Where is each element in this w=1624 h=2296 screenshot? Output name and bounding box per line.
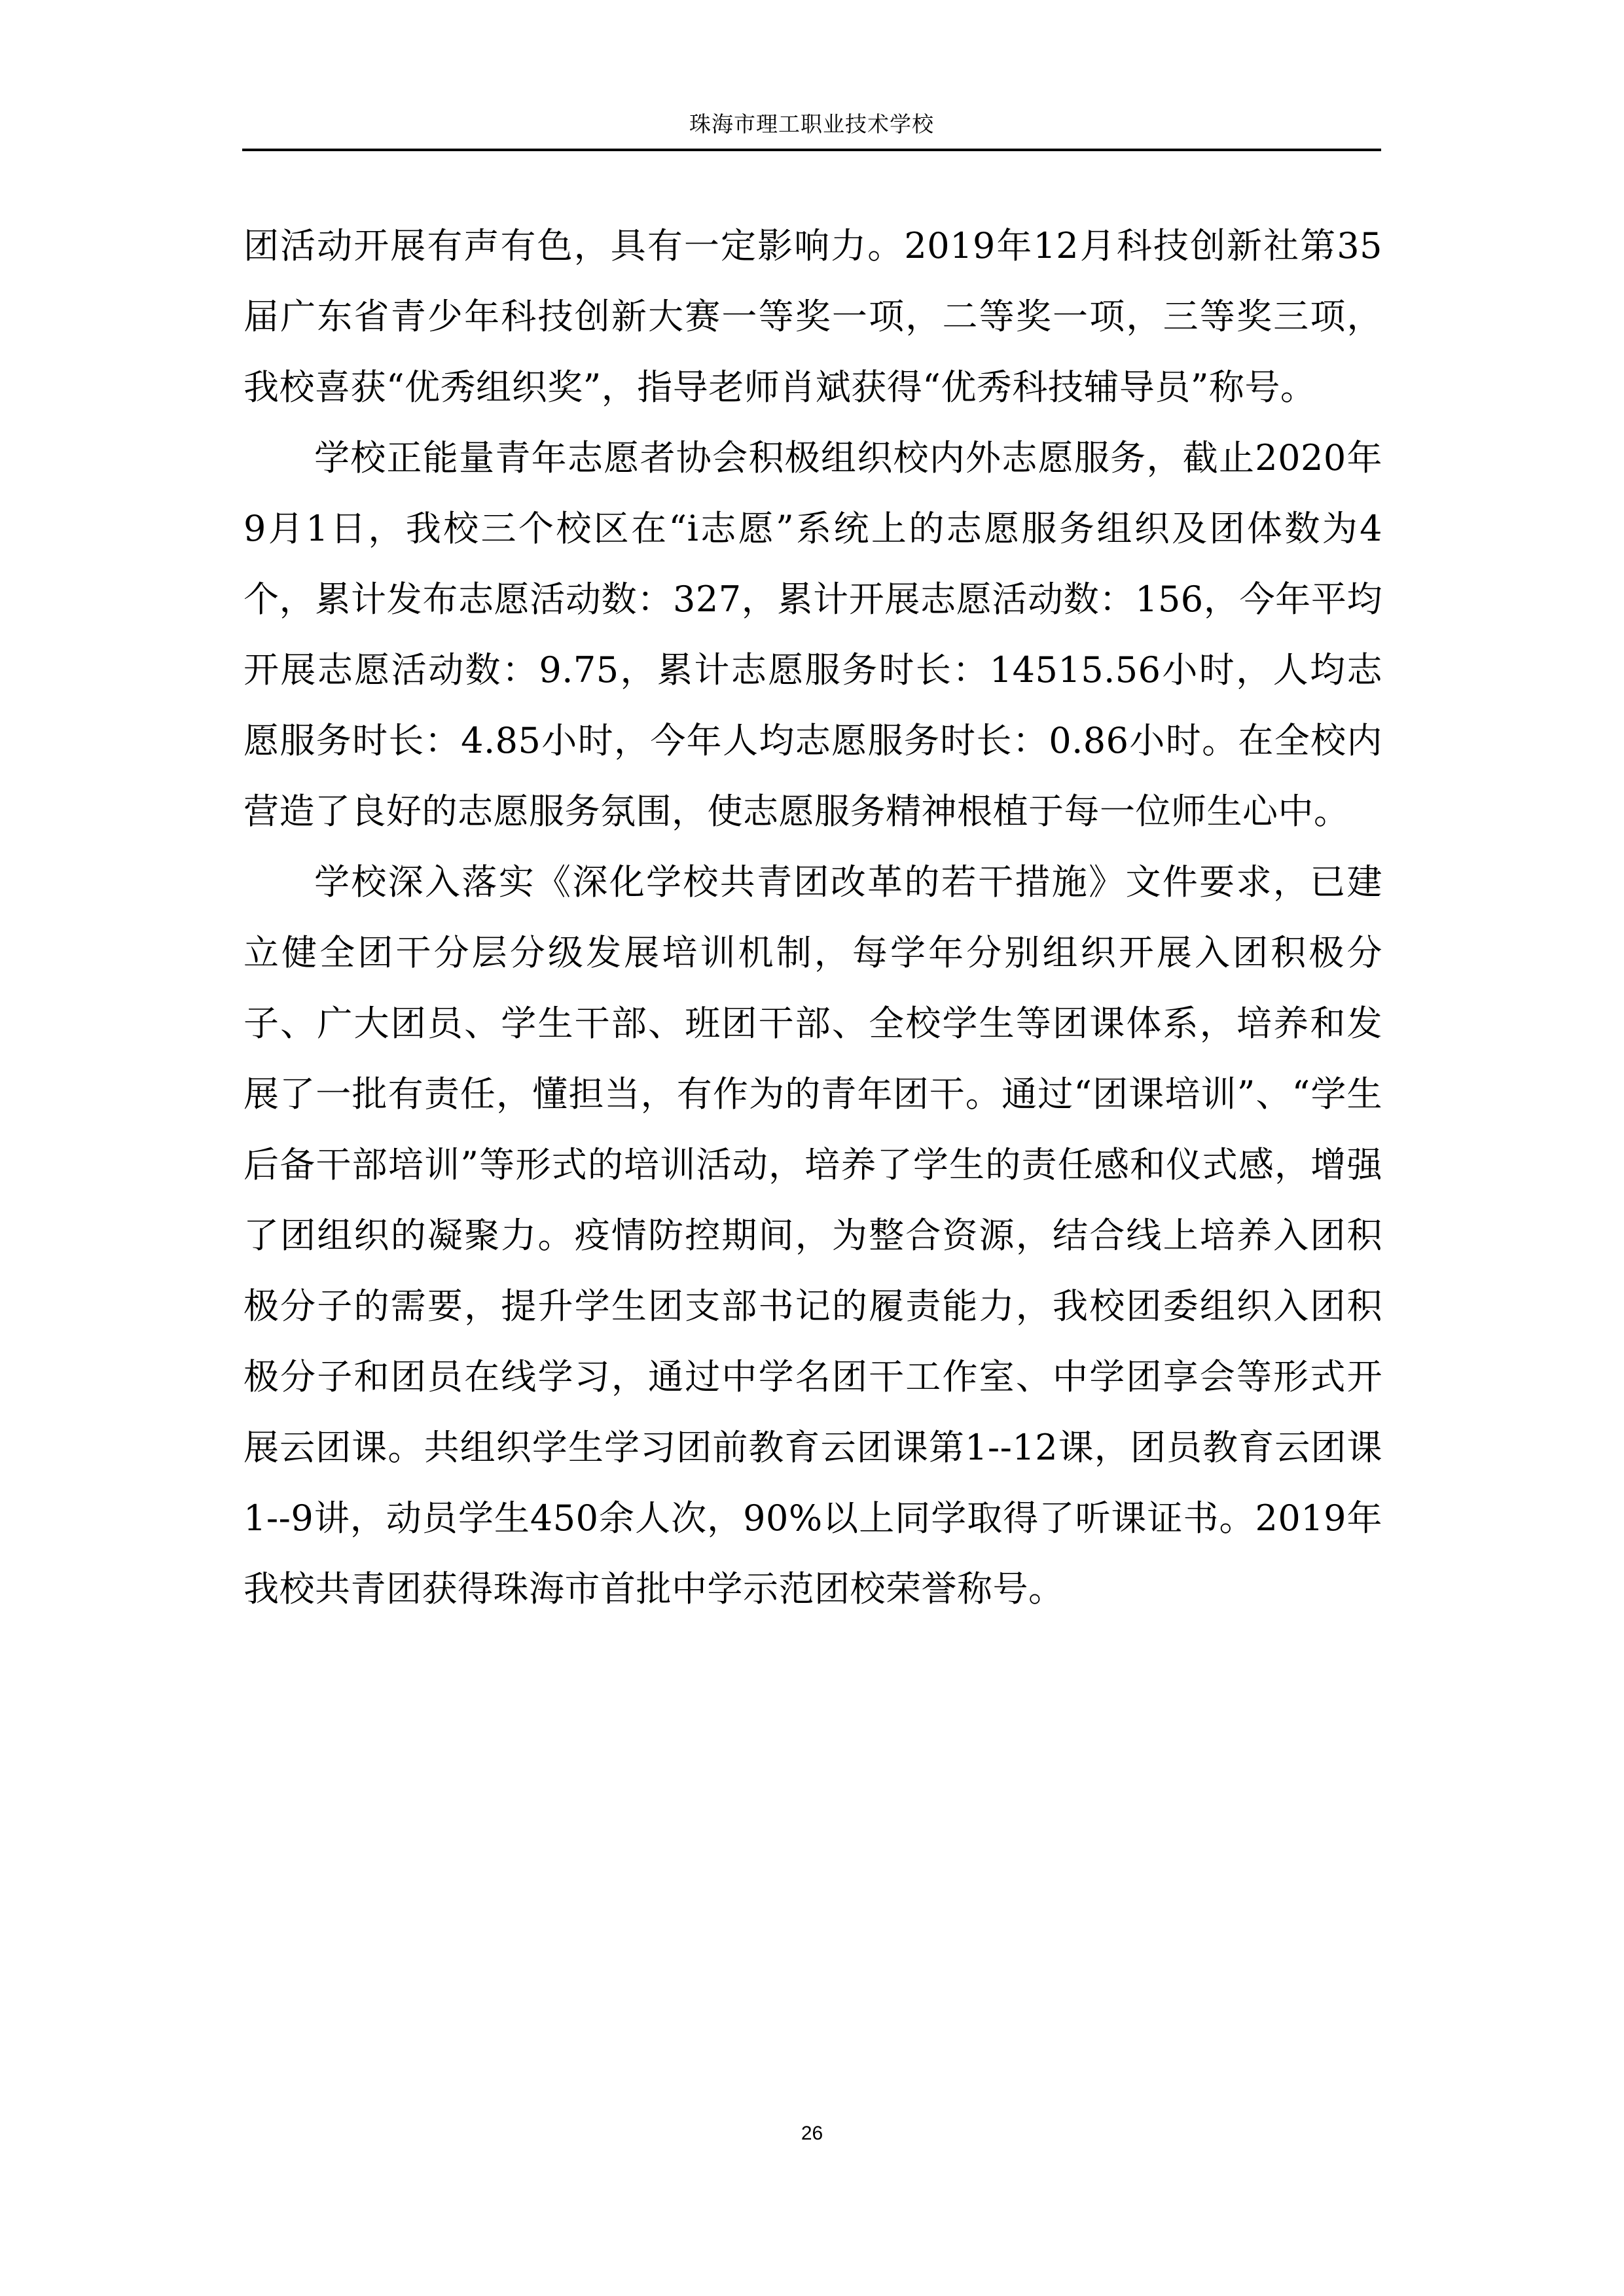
document-body: 团活动开展有声有色，具有一定影响力。2019年12月科技创新社第35届广东省青少…: [244, 211, 1382, 1624]
paragraph-league-reform: 学校深入落实《深化学校共青团改革的若干措施》文件要求，已建立健全团干分层分级发展…: [244, 847, 1382, 1624]
header-divider: [242, 149, 1381, 151]
page-header-title: 珠海市理工职业技术学校: [242, 108, 1381, 141]
page-number: 26: [0, 2121, 1624, 2147]
paragraph-volunteer-service: 学校正能量青年志愿者协会积极组织校内外志愿服务，截止2020年9月1日，我校三个…: [244, 423, 1382, 847]
paragraph-awards: 团活动开展有声有色，具有一定影响力。2019年12月科技创新社第35届广东省青少…: [244, 211, 1382, 423]
